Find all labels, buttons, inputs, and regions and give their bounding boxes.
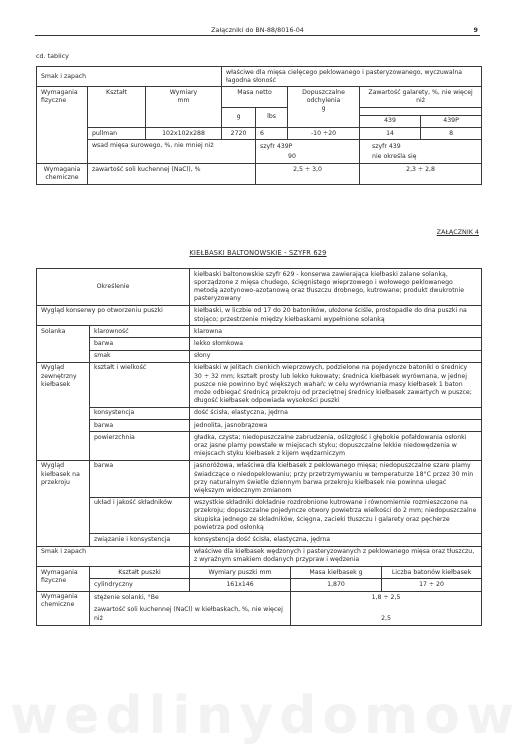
cell-mass-lbs: 6 [256,128,288,140]
appearance-label: Wygląd konserwy po otworzeniu puszki [37,305,190,325]
external-value: jednolita, jasnobrązowa [190,420,482,432]
external-attr: powierzchnia [90,432,190,461]
header-jelly: Zawartość galarety, %, nie więcej niż [360,87,482,107]
taste-label: Smak i zapach [37,546,190,566]
table-row: Wygląd kiełbasek na przekroju barwa jasn… [37,460,482,497]
cross-section-attr: barwa [90,460,190,497]
appearance-value: kiełbaski, w liczbie od 17 do 20 batonik… [190,305,482,325]
header-sausage-mass: Masa kiełbasek g [291,567,382,579]
table-row: pullman 102x102x288 2720 6 -10 ÷20 14 8 [37,128,482,140]
brine-value: lekko słomkowa [190,338,482,350]
header-mass-lbs: lbs [256,107,288,127]
page-number: 9 [474,26,478,34]
external-attr: barwa [90,420,190,432]
cell-tolerance: -10 ÷20 [288,128,360,140]
taste-value: właściwe dla mięsa cielęcego peklowanego… [222,67,482,87]
header-net-mass: Masa netto [222,87,288,107]
raw-meat-label: wsad mięsa surowego, %, nie mniej niż [88,140,256,164]
cell-shape: pullman [88,128,146,140]
specification-table: Określenie kiełbaski baltonowskie szyfr … [36,268,482,626]
table-row: Wygląd konserwy po otworzeniu puszki kie… [37,305,482,325]
table-row: Smak i zapach właściwe dla kiełbasek węd… [37,546,482,566]
external-attr: kształt i wielkość [90,362,190,407]
external-label: Wygląd zewnętrzny kiełbasek [37,362,90,460]
table-row: barwa lekko słomkowa [37,338,482,350]
cross-section-attr: układ i jakość składników [90,497,190,534]
cell-jelly-439p: 8 [421,128,482,140]
definition-label: Określenie [37,269,190,306]
external-value: gładka, czysta; niedopuszczalne zabrudze… [190,432,482,461]
taste-value: właściwe dla kiełbasek wędzonych i paste… [190,546,482,566]
brine-attr: klarowność [90,326,190,338]
raw-meat-439p: szyfr 439P90 [256,140,360,164]
cross-section-value: konsystencja dość ścisła, elastyczna, ję… [190,534,482,546]
salt-content-value: 2,5 [295,614,477,623]
header-jelly-439p: 439P [421,115,482,127]
header-jelly-439: 439 [360,115,421,127]
raw-meat-439: szyfr 439nie określa się [360,140,482,164]
header-dimensions: Wymiarymm [146,87,222,128]
definition-value: kiełbaski baltonowskie szyfr 629 - konse… [190,269,482,306]
cell-mass-g: 2720 [222,128,256,140]
salt-content-label: zawartość soli kuchennej (NaCl) w kiełba… [94,605,286,623]
cell-sausage-count: 17 ÷ 20 [382,579,482,591]
table-row: wsad mięsa surowego, %, nie mniej niż sz… [37,140,482,164]
header-title: Załączniki do BN-88/8016-04 [35,26,480,34]
external-value: dość ścisła, elastyczna, jędrna [190,407,482,419]
header-shape: Kształt [88,87,146,128]
brine-value: klarowna [190,326,482,338]
chemical-attrs: stężenie solanki, °Be zawartość soli kuc… [90,591,291,625]
taste-label: Smak i zapach [37,67,222,87]
cell-sausage-mass: 1,870 [291,579,382,591]
table-row: Wygląd zewnętrzny kiełbasek kształt i wi… [37,362,482,407]
header-tolerance: Dopuszczalne odchyleniag [288,87,360,128]
cross-section-value: wszystkie składniki dokładnie rozdrobnio… [190,497,482,534]
table-row: powierzchnia gładka, czysta; niedopuszcz… [37,432,482,461]
cell-dimensions: 102x102x288 [146,128,222,140]
brine-concentration-label: stężenie solanki, °Be [94,593,286,602]
brine-concentration-value: 1,8 ÷ 2,5 [295,593,477,602]
watermark: wedlinydomowe.pl [10,690,516,742]
table-row: Określenie kiełbaski baltonowskie szyfr … [37,269,482,306]
header-can-shape: Kształt puszki [90,567,190,579]
table-row: Wymagania chemiczne stężenie solanki, °B… [37,591,482,625]
physical-label: Wymagania fizyczne [37,87,88,164]
chemical-label: Wymagania chemiczne [37,164,88,184]
cross-section-label: Wygląd kiełbasek na przekroju [37,460,90,546]
table-continued: Smak i zapach właściwe dla mięsa cielęce… [36,66,482,185]
page-header: Załączniki do BN-88/8016-04 9 [35,23,480,36]
brine-value: słony [190,350,482,362]
annex-label: ZAŁĄCZNIK 4 [437,228,479,236]
external-attr: konsystencja [90,407,190,419]
salt-439: 2,3 ÷ 2,8 [360,164,482,184]
header-can-dimensions: Wymiary puszki mm [190,567,291,579]
table-row: barwa jednolita, jasnobrązowa [37,420,482,432]
salt-439p: 2,5 ÷ 3,0 [256,164,360,184]
table-row: cylindryczny 161x146 1,870 17 ÷ 20 [37,579,482,591]
table-row: Solanka klarowność klarowna [37,326,482,338]
chemical-values: 1,8 ÷ 2,5 2,5 [291,591,482,625]
document-title: KIEŁBASKI BALTONOWSKIE - SZYFR 629 [0,249,516,257]
table-row: Wymagania chemiczne zawartość soli kuche… [37,164,482,184]
table-row: związanie i konsystencja konsystencja do… [37,534,482,546]
continuation-label: cd. tablicy [36,52,69,60]
table-row: smak słony [37,350,482,362]
table-row: Wymagania fizyczne Kształt Wymiarymm Mas… [37,87,482,107]
cell-can-dimensions: 161x146 [190,579,291,591]
table-row: konsystencja dość ścisła, elastyczna, ję… [37,407,482,419]
brine-attr: smak [90,350,190,362]
header-sausage-count: Liczba batonów kiełbasek [382,567,482,579]
physical-label: Wymagania fizyczne [37,567,90,591]
cell-jelly-439: 14 [360,128,421,140]
cross-section-attr: związanie i konsystencja [90,534,190,546]
header-mass-g: g [222,107,256,127]
table-row: Wymagania fizyczne Kształt puszki Wymiar… [37,567,482,579]
table-row: Smak i zapach właściwe dla mięsa cielęce… [37,67,482,87]
chemical-label: Wymagania chemiczne [37,591,90,625]
brine-label: Solanka [37,326,90,363]
cross-section-value: jasnoróżowa, właściwa dla kiełbasek z pe… [190,460,482,497]
external-value: kiełbaski w jelitach cienkich wieprzowyc… [190,362,482,407]
table-row: układ i jakość składników wszystkie skła… [37,497,482,534]
cell-can-shape: cylindryczny [90,579,190,591]
salt-label: zawartość soli kuchennej (NaCl), % [88,164,256,184]
brine-attr: barwa [90,338,190,350]
